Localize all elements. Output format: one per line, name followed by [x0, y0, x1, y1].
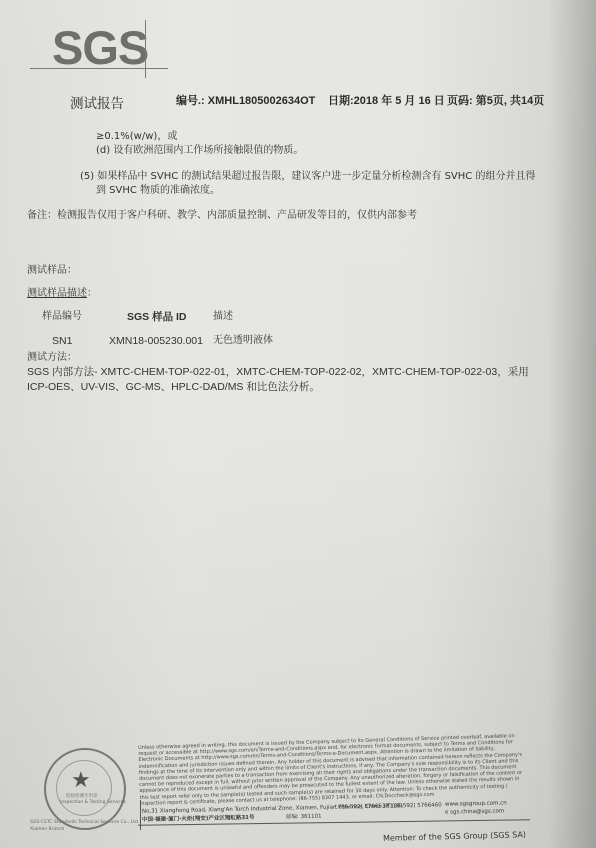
criterion-d: (d) 设有欧洲范围内工作场所接触限值的物质。 — [96, 145, 303, 157]
website: www.sgsgroup.com.cn — [445, 800, 507, 807]
table-header-sample-no: 样品编号 — [42, 311, 82, 323]
table-cell-sgs-id: XMN18-005230.001 — [109, 335, 203, 348]
note-5-line1: (5) 如果样品中 SVHC 的测试结果超过报告限，建议客户进一步定量分析检测含… — [80, 171, 535, 183]
report-title: 测试报告 — [70, 92, 124, 112]
legal-disclaimer: Unless otherwise agreed in writing, this… — [138, 733, 530, 807]
email: e sgs.china@sgs.com — [445, 808, 504, 815]
star-icon: ★ — [71, 768, 91, 793]
criterion-threshold: ≥0.1%(w/w)，或 — [96, 131, 177, 143]
telephone: t (86-592) 5766537 — [335, 803, 389, 810]
table-cell-sample-no: SN1 — [52, 335, 72, 348]
address-chinese: 中国·福建·厦门·火炬(翔安)产业区翔虹路31号 — [142, 813, 255, 823]
paper-shading — [0, 0, 596, 848]
method-line1: SGS 内部方法- XMTC-CHEM-TOP-022-01，XMTC-CHEM… — [27, 366, 529, 379]
sgs-logo: SGS — [52, 24, 148, 71]
logo-rule-horizontal — [30, 68, 168, 69]
stamp-branch-text: Xiamen Branch — [30, 827, 64, 832]
sample-heading: 测试样品： — [27, 265, 77, 277]
stamp-company-text: SGS-CSTC Standards Technical Services Co… — [30, 820, 139, 825]
stamp-center-text: 检验检测专用章 — [66, 793, 98, 799]
sample-description-label: 测试样品描述 — [27, 288, 87, 299]
fax: f (86-592) 5766460 — [388, 802, 442, 809]
table-header-sgs-id: SGS 样品 ID — [127, 311, 187, 324]
postcode: 邮编: 361101 — [286, 812, 322, 821]
stamp-sub-text: Inspection & Testing Services — [60, 800, 126, 805]
logo-rule-vertical — [145, 20, 146, 78]
method-line2: ICP-OES、UV-VIS、GC-MS、HPLC-DAD/MS 和比色法分析。 — [27, 381, 320, 394]
table-header-description: 描述 — [213, 311, 233, 323]
sample-description-colon: ： — [87, 288, 97, 299]
method-heading: 测试方法： — [27, 352, 77, 364]
note-5-line2: 到 SVHC 物质的准确浓度。 — [96, 185, 220, 197]
sample-description-heading: 测试样品描述： — [27, 288, 97, 300]
report-number: 编号.: XMHL1805002634OT — [176, 92, 315, 108]
table-cell-description: 无色透明液体 — [213, 335, 273, 347]
report-date: 日期:2018 年 5 月 16 日 — [328, 92, 445, 108]
page-number: 页码: 第5页, 共14页 — [447, 92, 544, 108]
member-statement: Member of the SGS Group (SGS SA) — [383, 830, 526, 843]
remark: 备注：检测报告仅用于客户科研、教学、内部质量控制、产品研发等目的，仅供内部参考 — [27, 210, 417, 222]
